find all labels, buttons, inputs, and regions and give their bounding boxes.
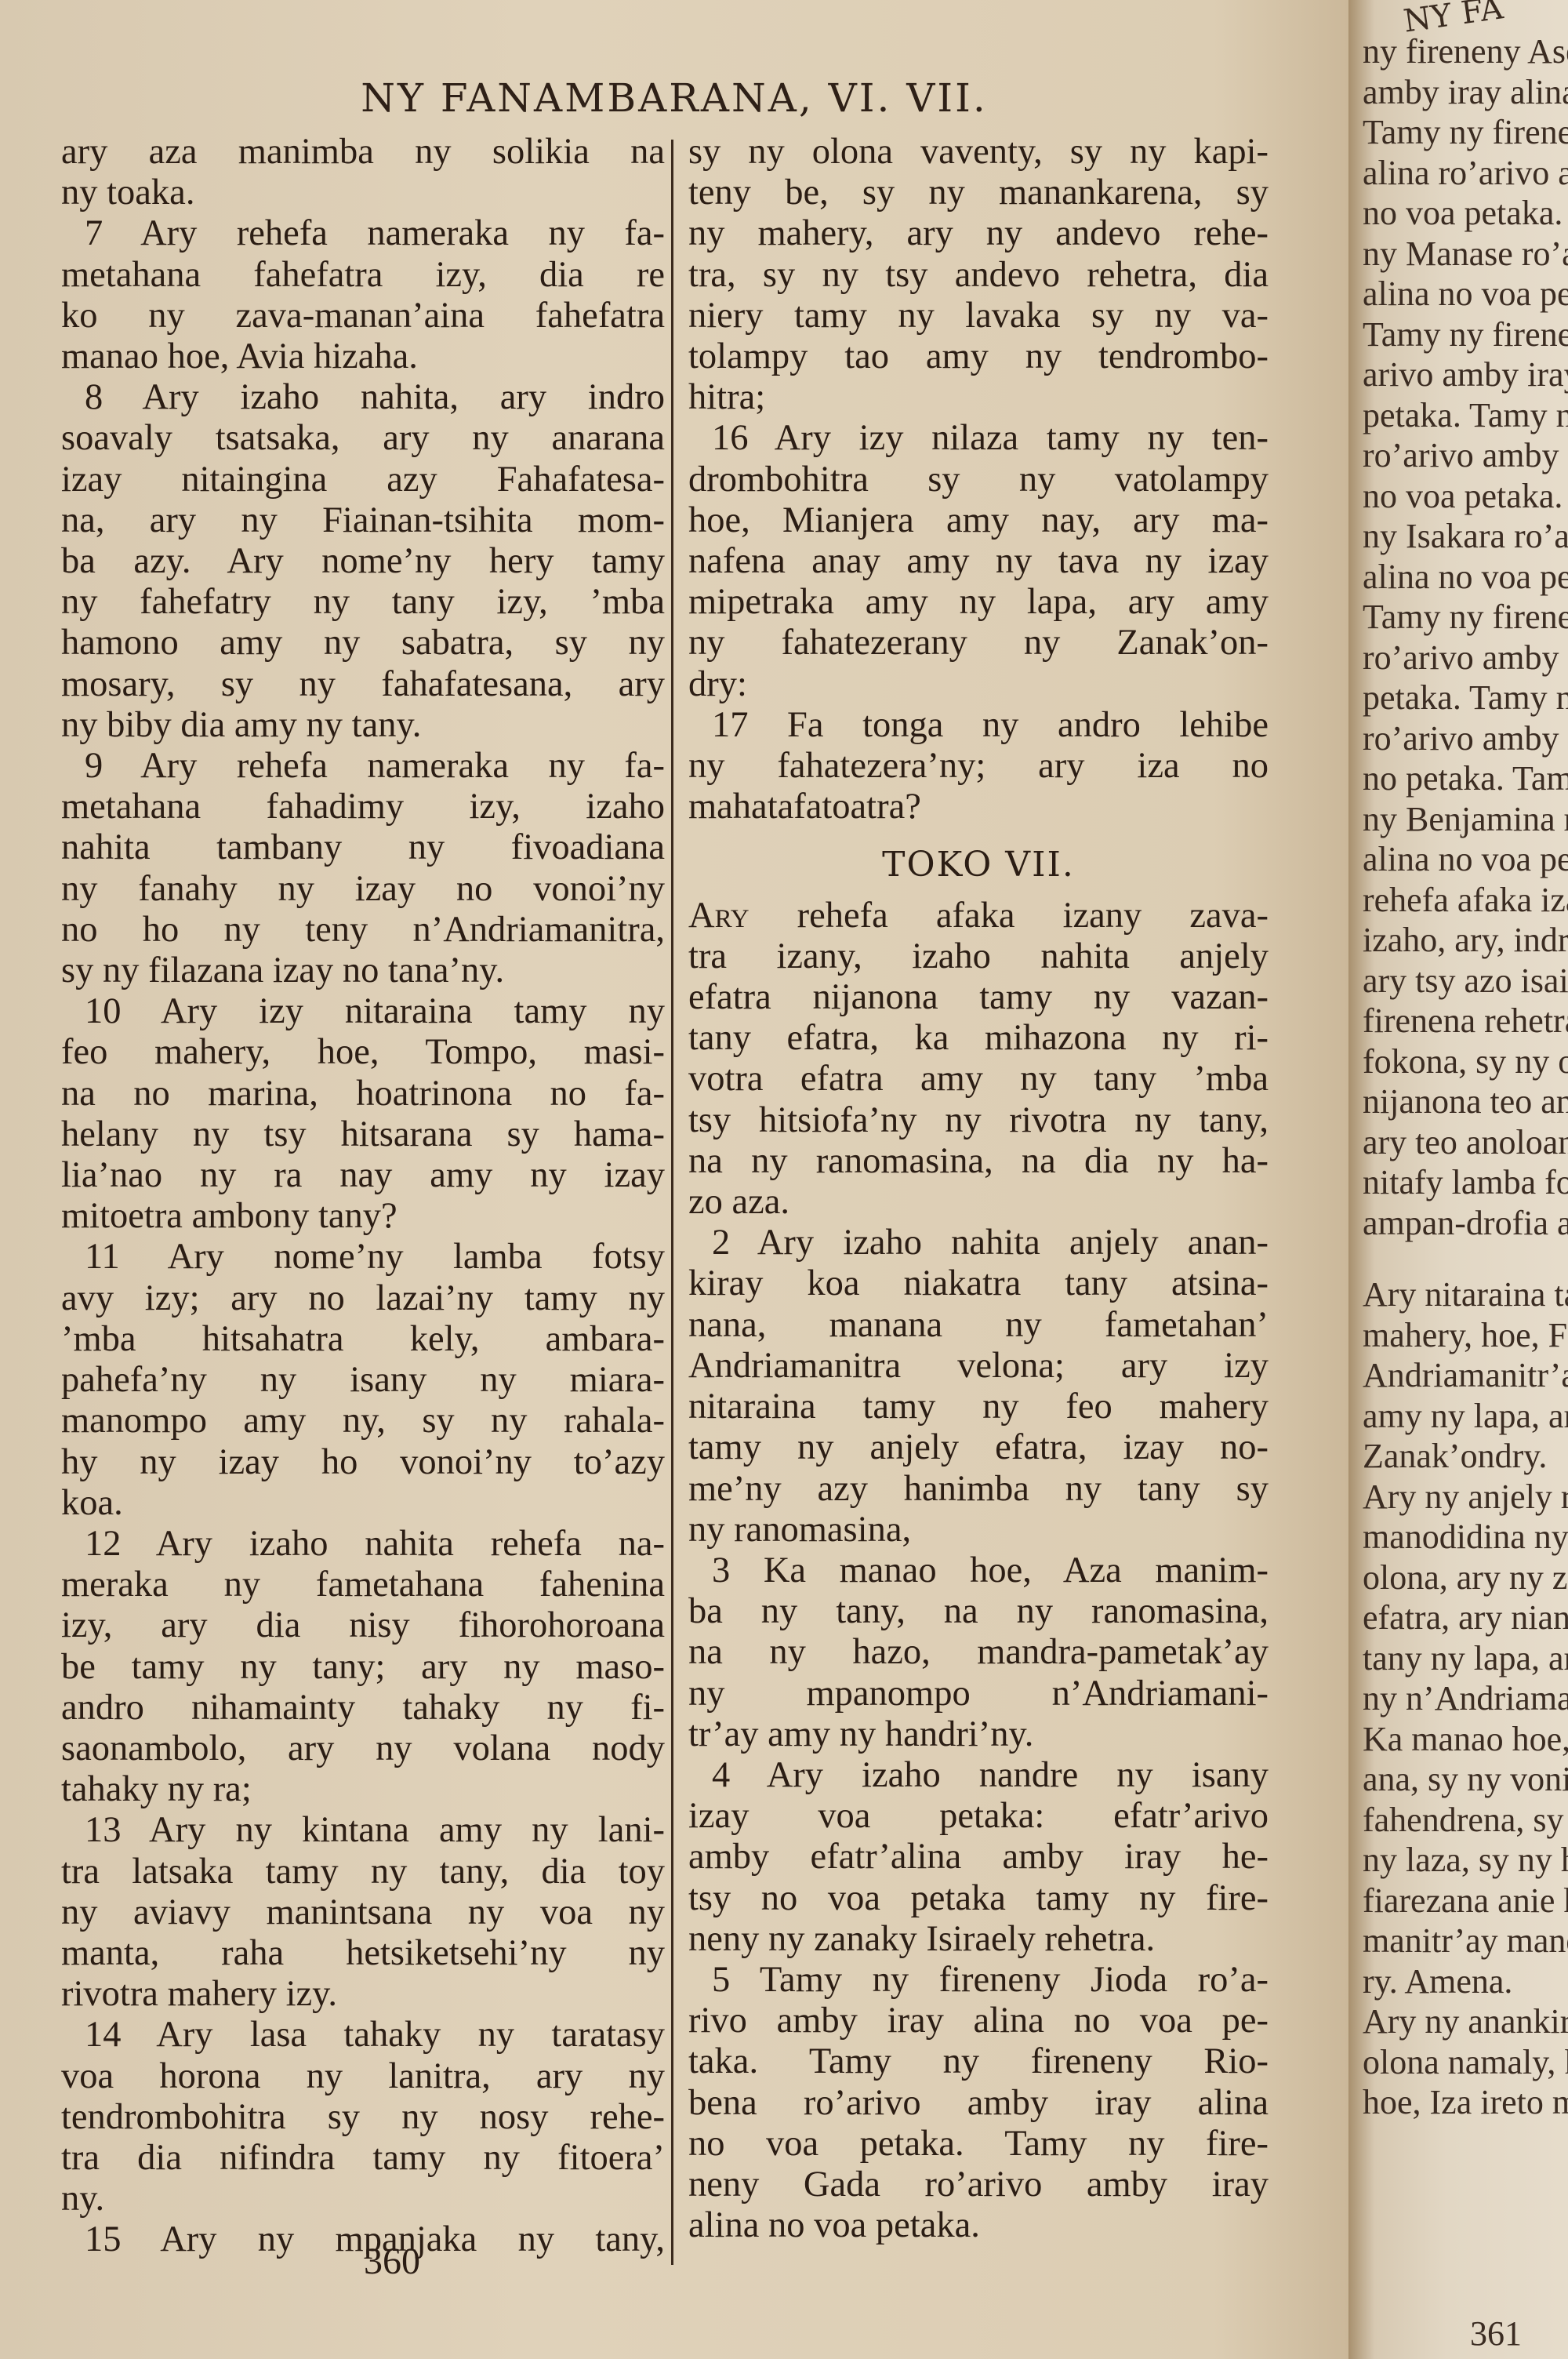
text-line: mosary, sy ny fahafatesana, ary	[61, 664, 665, 705]
text-line: metahana fahadimy izy, izaho	[61, 787, 665, 827]
text-line: voa horona ny lanitra, ary ny	[61, 2056, 665, 2097]
column-divider-rule	[671, 140, 673, 2265]
text-line: soavaly tsatsaka, ary ny anarana	[61, 418, 665, 459]
text-line: ny fahefatry ny tany izy, ’mba	[61, 582, 665, 623]
facing-text-line: amy ny lapa, ary ho	[1363, 1396, 1568, 1437]
facing-text-line: rehefa afaka izany, d	[1363, 880, 1568, 921]
text-line: tra latsaka tamy ny tany, dia toy	[61, 1852, 665, 1892]
text-line: zo aza.	[688, 1182, 1269, 1223]
facing-text-line: no petaka. Tamy ny	[1363, 758, 1568, 799]
facing-text-line: ny laza, sy ny hery	[1363, 1840, 1568, 1881]
facing-text-line: Tamy ny fireneny Za	[1363, 597, 1568, 638]
facing-text-line: Ary nitaraina tamy	[1363, 1274, 1568, 1315]
facing-text-line: Zanak’ondry.	[1363, 1436, 1568, 1477]
facing-text-line: olona namaly, ka n	[1363, 2042, 1568, 2083]
facing-text-line: Ka manao hoe, Am	[1363, 1719, 1568, 1760]
facing-text-line: nijanona teo anoloa	[1363, 1081, 1568, 1122]
left-text-column: ary aza manimba ny solikia nany toaka.7 …	[61, 132, 665, 2261]
text-line: helany ny tsy hitsarana sy hama-	[61, 1114, 665, 1155]
text-line: tr’ay amy ny handri’ny.	[688, 1714, 1269, 1755]
text-line: nana, manana ny fametahan’	[688, 1305, 1269, 1346]
facing-text-line: ny Benjamina ro’arivo	[1363, 799, 1568, 840]
text-line: tra, sy ny tsy andevo rehetra, dia	[688, 255, 1269, 296]
text-line: na ny ranomasina, na dia ny ha-	[688, 1141, 1269, 1182]
verse-start-line: 14 Ary lasa tahaky ny taratasy	[61, 2015, 665, 2055]
text-line: amby efatr’alina amby iray he-	[688, 1837, 1269, 1877]
text-line: ny fanahy ny izay no vonoi’ny	[61, 869, 665, 910]
facing-text-line: fokona, sy ny olona, a	[1363, 1041, 1568, 1082]
text-line: saonambolo, ary ny volana nody	[61, 1728, 665, 1769]
text-line: nahita tambany ny fivoadiana	[61, 827, 665, 868]
facing-text-line: Ary ny anjely rehet	[1363, 1477, 1568, 1518]
text-line: na ny hazo, mandra-pametak’ay	[688, 1632, 1269, 1673]
text-line: tra izany, izaho nahita anjely	[688, 936, 1269, 977]
right-text-column: sy ny olona vaventy, sy ny kapi-teny be,…	[688, 132, 1269, 2246]
text-line: koa.	[61, 1483, 665, 1524]
verse-start-line: 2 Ary izaho nahita anjely anan-	[688, 1223, 1269, 1263]
text-line: na no marina, hoatrinona no fa-	[61, 1074, 665, 1114]
text-line: izay voa petaka: efatr’arivo	[688, 1796, 1269, 1837]
facing-text-line: ny fireneny Asera	[1363, 31, 1568, 72]
facing-text-line: ro’arivo amby iray alin	[1363, 638, 1568, 678]
facing-page-text: ny fireneny Aseraamby iray alina no Tamy…	[1363, 31, 1568, 2123]
text-line: no voa petaka. Tamy ny fire-	[688, 2124, 1269, 2165]
facing-text-line: hoe, Iza ireto mita	[1363, 2082, 1568, 2123]
verse-start-line: 16 Ary izy nilaza tamy ny ten-	[688, 418, 1269, 459]
text-line: ny fahatezerany ny Zanak’on-	[688, 623, 1269, 663]
verse-start-line: 11 Ary nome’ny lamba fotsy	[61, 1237, 665, 1278]
text-line: Andriamanitra velona; ary izy	[688, 1346, 1269, 1387]
text-line: hitra;	[688, 377, 1269, 418]
facing-text-line: Tamy ny fireneny Sim	[1363, 314, 1568, 355]
chapter-6-continuation: sy ny olona vaventy, sy ny kapi-teny be,…	[688, 132, 1269, 827]
facing-text-line: alina ro’arivo amby i	[1363, 153, 1568, 194]
facing-text-line: Ary ny anankira	[1363, 2001, 1568, 2042]
verse-start-line: 10 Ary izy nitaraina tamy ny	[61, 991, 665, 1032]
verse-start-line: 13 Ary ny kintana amy ny lani-	[61, 1810, 665, 1851]
verse-start-line: 8 Ary izaho nahita, ary indro	[61, 377, 665, 418]
facing-text-line: ry. Amena.	[1363, 1961, 1568, 2002]
facing-text-line: ny Isakara ro’arivo a	[1363, 516, 1568, 557]
text-line: mipetraka amy ny lapa, ary amy	[688, 582, 1269, 623]
text-line: tsy hitsiofa’ny ny rivotra ny tany,	[688, 1100, 1269, 1141]
facing-text-line: alina no voa petaka.	[1363, 274, 1568, 314]
facing-text-line: fahendrena, sy ny f	[1363, 1800, 1568, 1841]
text-line: no ho ny teny n’Andriamanitra,	[61, 910, 665, 951]
text-line: votra efatra amy ny tany ’mba	[688, 1059, 1269, 1100]
verse-start-line: 12 Ary izaho nahita rehefa na-	[61, 1524, 665, 1565]
text-line: ny ranomasina,	[688, 1510, 1269, 1550]
text-line: andro nihamainty tahaky ny fi-	[61, 1688, 665, 1728]
page-number: 360	[0, 2240, 784, 2283]
text-line: mitoetra ambony tany?	[61, 1196, 665, 1237]
facing-text-line: nitafy lamba fots	[1363, 1162, 1568, 1203]
text-line: hoe, Mianjera amy nay, ary ma-	[688, 500, 1269, 541]
facing-text-line: firenena rehetra, sy ny f	[1363, 1001, 1568, 1041]
text-line: ny fahatezera’ny; ary iza no	[688, 746, 1269, 787]
text-line: izay nitaingina azy Fahafatesa-	[61, 460, 665, 500]
text-line: meraka ny fametahana fahenina	[61, 1565, 665, 1605]
facing-text-line: mahery, hoe, Famonjena	[1363, 1315, 1568, 1356]
verse-start-line: 3 Ka manao hoe, Aza manim-	[688, 1550, 1269, 1591]
text-line: pahefa’ny ny isany ny miara-	[61, 1360, 665, 1401]
facing-text-line: fiarezana anie ho a	[1363, 1881, 1568, 1921]
facing-text-line: ro’arivo amby iray	[1363, 435, 1568, 476]
text-line: ba ny tany, na ny ranomasina,	[688, 1591, 1269, 1632]
verse-start-line: 5 Tamy ny fireneny Jioda ro’a-	[688, 1960, 1269, 2001]
text-line: avy izy; ary no lazai’ny tamy ny	[61, 1278, 665, 1319]
verse-start-line: 17 Fa tonga ny andro lehibe	[688, 705, 1269, 746]
text-line: ny.	[61, 2179, 665, 2219]
text-line: ny mahery, ary ny andevo rehe-	[688, 213, 1269, 254]
text-line: hamono amy ny sabatra, sy ny	[61, 623, 665, 663]
text-line: sy ny filazana izay no tana’ny.	[61, 951, 665, 991]
facing-text-line: efatra, ary niankol	[1363, 1598, 1568, 1638]
text-line: nafena anay amy ny tava ny izay	[688, 541, 1269, 582]
text-line: dry:	[688, 664, 1269, 705]
text-line: metahana fahefatra izy, dia re	[61, 255, 665, 296]
facing-text-line	[1363, 1243, 1568, 1274]
facing-text-line: ampan-drofia amy n	[1363, 1203, 1568, 1244]
text-line: efatra nijanona tamy ny vazan-	[688, 977, 1269, 1018]
text-line: ba azy. Ary nome’ny hery tamy	[61, 541, 665, 582]
text-line: manta, raha hetsiketsehi’ny ny	[61, 1933, 665, 1974]
text-line: manompo amy ny, sy ny rahala-	[61, 1401, 665, 1441]
text-line: tra dia nifindra tamy ny fitoera’	[61, 2138, 665, 2179]
facing-text-line: Tamy ny firene	[1363, 112, 1568, 153]
facing-text-line: petaka. Tamy ny firen	[1363, 395, 1568, 436]
facing-text-line: olona, ary ny zava	[1363, 1558, 1568, 1598]
chapter-opening-rest: rehefa afaka izany zava-	[750, 896, 1269, 936]
text-line: feo mahery, hoe, Tompo, masi-	[61, 1032, 665, 1073]
text-line: rivo amby iray alina no voa pe-	[688, 2001, 1269, 2041]
text-line: tendrombohitra sy ny nosy rehe-	[61, 2097, 665, 2138]
text-line: ny biby dia amy ny tany.	[61, 705, 665, 746]
text-line: mahatafatoatra?	[688, 787, 1269, 827]
text-line: be tamy ny tany; ary ny maso-	[61, 1647, 665, 1688]
left-book-page: NY FANAMBARANA, VI. VII. ary aza manimba…	[0, 0, 1348, 2359]
text-line: nitaraina tamy ny feo mahery	[688, 1387, 1269, 1427]
facing-text-line: manodidina ny l	[1363, 1517, 1568, 1558]
facing-text-line: arivo amby iray alina	[1363, 354, 1568, 395]
chapter-opening-line: Ary rehefa afaka izany zava-	[688, 896, 1269, 936]
verse-start-line: 4 Ary izaho nandre ny isany	[688, 1755, 1269, 1796]
text-line: tany efatra, ka mihazona ny ri-	[688, 1018, 1269, 1059]
text-line: me’ny azy hanimba ny tany sy	[688, 1469, 1269, 1510]
facing-page-number: 361	[1470, 2314, 1522, 2354]
facing-text-line: ro’arivo amby iray	[1363, 718, 1568, 759]
text-line: ny aviavy manintsana ny voa ny	[61, 1892, 665, 1933]
text-line: ny mpanompo n’Andriamani-	[688, 1674, 1269, 1714]
verse-start-line: 9 Ary rehefa nameraka ny fa-	[61, 746, 665, 787]
text-line: teny be, sy ny manankarena, sy	[688, 173, 1269, 213]
text-line: tahaky ny ra;	[61, 1769, 665, 1810]
text-line: lia’nao ny ra nay amy ny izay	[61, 1155, 665, 1196]
text-line: niery tamy ny lavaka sy ny va-	[688, 296, 1269, 336]
verse-start-line: 7 Ary rehefa nameraka ny fa-	[61, 213, 665, 254]
facing-text-line: petaka. Tamy ny fire	[1363, 678, 1568, 718]
text-line: neny ny zanaky Isiraely rehetra.	[688, 1919, 1269, 1960]
facing-text-line: ny Manase ro’arivo an	[1363, 234, 1568, 274]
text-line: neny Gada ro’arivo amby iray	[688, 2165, 1269, 2205]
text-line: rivotra mahery izy.	[61, 1974, 665, 2015]
text-line: drombohitra sy ny vatolampy	[688, 460, 1269, 500]
facing-text-line: manitr’ay mandrakiza	[1363, 1921, 1568, 1961]
text-line: ’mba hitsahatra kely, ambara-	[61, 1319, 665, 1360]
facing-text-line: tany ny lapa, ary	[1363, 1638, 1568, 1679]
text-line: na, ary ny Fiainan-tsihita mom-	[61, 500, 665, 541]
text-line: taka. Tamy ny fireneny Rio-	[688, 2041, 1269, 2082]
text-line: manao hoe, Avia hizaha.	[61, 336, 665, 377]
text-line: izy, ary dia nisy fihorohoroana	[61, 1605, 665, 1646]
facing-text-line: ary tsy azo isaina, ar	[1363, 961, 1568, 1001]
facing-text-line: izaho, ary, indro, olona	[1363, 920, 1568, 961]
chapter-heading: TOKO VII.	[688, 845, 1269, 885]
facing-text-line: ana, sy ny voninahi	[1363, 1759, 1568, 1800]
text-line: kiray koa niakatra tany atsina-	[688, 1263, 1269, 1304]
facing-text-line: no voa petaka. Tamy	[1363, 476, 1568, 517]
running-head: NY FANAMBARANA, VI. VII.	[0, 75, 1348, 121]
text-line: ary aza manimba ny solikia na	[61, 132, 665, 173]
facing-text-line: amby iray alina no	[1363, 72, 1568, 113]
facing-text-line: Andriamanitr’ay anie izay n	[1363, 1355, 1568, 1396]
chapter-opening-smallcaps: Ary	[688, 896, 750, 936]
chapter-7-text: tra izany, izaho nahita anjelyefatra nij…	[688, 936, 1269, 2247]
text-line: sy ny olona vaventy, sy ny kapi-	[688, 132, 1269, 173]
facing-text-line: no voa petaka. Tamy	[1363, 193, 1568, 234]
text-line: tolampy tao amy ny tendrombo-	[688, 336, 1269, 377]
facing-text-line: alina no voa petaka.	[1363, 557, 1568, 598]
facing-text-line: ny n’Andriamanitra,	[1363, 1678, 1568, 1719]
text-line: bena ro’arivo amby iray alina	[688, 2083, 1269, 2124]
facing-text-line: alina no voa petaka.	[1363, 839, 1568, 880]
text-line: ko ny zava-manan’aina fahefatra	[61, 296, 665, 336]
text-line: tsy no voa petaka tamy ny fire-	[688, 1878, 1269, 1919]
facing-book-page: NY FA ny fireneny Aseraamby iray alina n…	[1348, 0, 1568, 2359]
text-line: ny toaka.	[61, 173, 665, 213]
text-line: hy ny izay ho vonoi’ny to’azy	[61, 1442, 665, 1483]
text-line: tamy ny anjely efatra, izay no-	[688, 1427, 1269, 1468]
facing-text-line: ary teo anoloany ny Z	[1363, 1122, 1568, 1163]
